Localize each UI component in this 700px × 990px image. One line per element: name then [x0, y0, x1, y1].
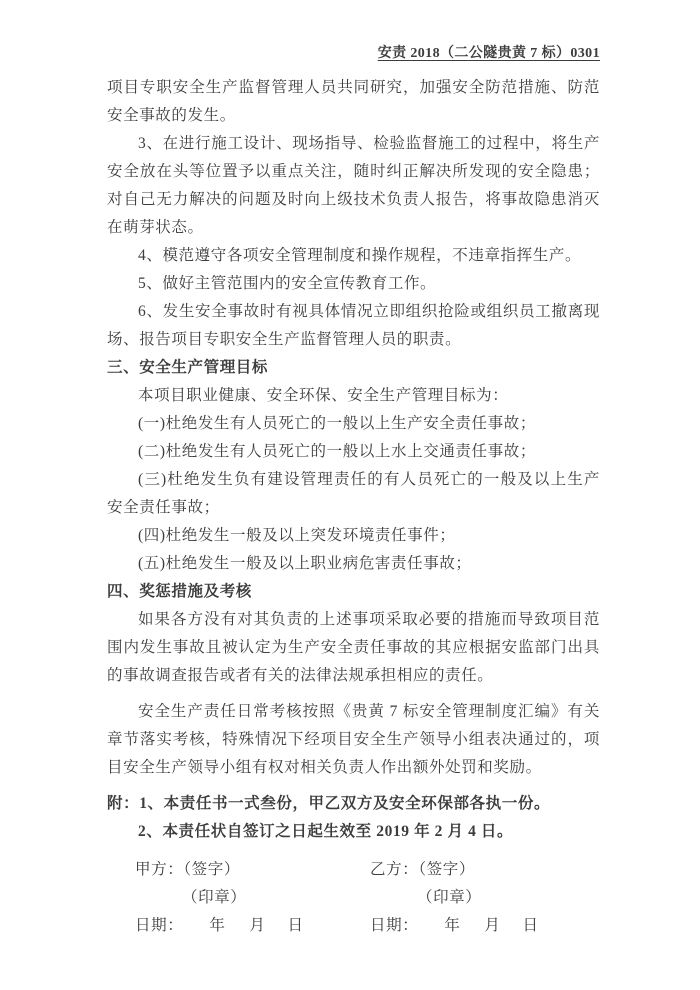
document-number: 安责 2018（二公隧贵黄 7 标）0301	[378, 46, 600, 61]
party-b-day-label: 日	[523, 912, 539, 940]
document-body: 项目专职安全生产监督管理人员共同研究，加强安全防范措施、防范安全事故的发生。 3…	[107, 74, 600, 940]
document-page: 安责 2018（二公隧贵黄 7 标）0301 项目专职安全生产监督管理人员共同研…	[0, 0, 700, 990]
duty-item-5: 5、做好主管范围内的安全宣传教育工作。	[107, 270, 600, 298]
section4-title: 四、奖惩措施及考核	[107, 578, 600, 606]
party-b-label: 乙方：	[370, 861, 418, 878]
party-b-seal-line: （印章）	[370, 884, 600, 912]
party-b-date-label: 日期：	[370, 917, 418, 934]
intro-continuation-paragraph: 项目专职安全生产监督管理人员共同研究，加强安全防范措施、防范安全事故的发生。	[107, 74, 600, 130]
section3-title: 三、安全生产管理目标	[107, 354, 600, 382]
duty-item-6: 6、发生安全事故时有视具体情况立即组织抢险或组织员工撤离现场、报告项目专职安全生…	[107, 298, 600, 354]
party-a-date-line: 日期：年月日	[135, 912, 370, 940]
section4-paragraph-2: 安全生产责任日常考核按照《贵黄 7 标安全管理制度汇编》有关章节落实考核，特殊情…	[107, 698, 600, 782]
party-a-seal-line: （印章）	[135, 884, 370, 912]
party-a-signature-column: 甲方：（签字） （印章） 日期：年月日	[135, 856, 370, 940]
signature-block: 甲方：（签字） （印章） 日期：年月日 乙方：（签字） （印章） 日期：年月日	[107, 856, 600, 940]
section3-goal-3: (三)杜绝发生负有建设管理责任的有人员死亡的一般及以上生产安全责任事故；	[107, 466, 600, 522]
section3-lead: 本项目职业健康、安全环保、安全生产管理目标为：	[107, 382, 600, 410]
attachment-note-2: 2、本责任状自签订之日起生效至 2019 年 2 月 4 日。	[107, 818, 600, 846]
party-b-sign-line: 乙方：（签字）	[370, 856, 600, 884]
party-a-sign-placeholder: （签字）	[183, 861, 240, 878]
party-b-year-label: 年	[444, 912, 460, 940]
party-a-seal-placeholder: （印章）	[182, 889, 246, 906]
document-header: 安责 2018（二公隧贵黄 7 标）0301	[107, 44, 600, 64]
party-a-date-label: 日期：	[135, 917, 183, 934]
duty-item-4: 4、模范遵守各项安全管理制度和操作规程，不违章指挥生产。	[107, 242, 600, 270]
section4-paragraph-1: 如果各方没有对其负责的上述事项采取必要的措施而导致项目范围内发生事故且被认定为生…	[107, 606, 600, 690]
party-b-date-line: 日期：年月日	[370, 912, 600, 940]
party-b-sign-placeholder: （签字）	[418, 861, 475, 878]
party-a-month-label: 月	[249, 912, 265, 940]
section3-goal-5: (五)杜绝发生一般及以上职业病危害责任事故；	[107, 550, 600, 578]
party-a-day-label: 日	[288, 912, 304, 940]
party-b-seal-placeholder: （印章）	[417, 889, 481, 906]
party-b-month-label: 月	[484, 912, 500, 940]
duty-item-3: 3、在进行施工设计、现场指导、检验监督施工的过程中，将生产安全放在头等位置予以重…	[107, 130, 600, 242]
section3-goal-2: (二)杜绝发生有人员死亡的一般以上水上交通责任事故；	[107, 438, 600, 466]
party-b-signature-column: 乙方：（签字） （印章） 日期：年月日	[370, 856, 600, 940]
party-a-label: 甲方：	[135, 861, 183, 878]
attachment-note-1: 附：1、本责任书一式叁份，甲乙双方及安全环保部各执一份。	[107, 790, 600, 818]
party-a-year-label: 年	[209, 912, 225, 940]
section3-goal-1: (一)杜绝发生有人员死亡的一般以上生产安全责任事故；	[107, 410, 600, 438]
section3-goal-4: (四)杜绝发生一般及以上突发环境责任事件；	[107, 522, 600, 550]
party-a-sign-line: 甲方：（签字）	[135, 856, 370, 884]
